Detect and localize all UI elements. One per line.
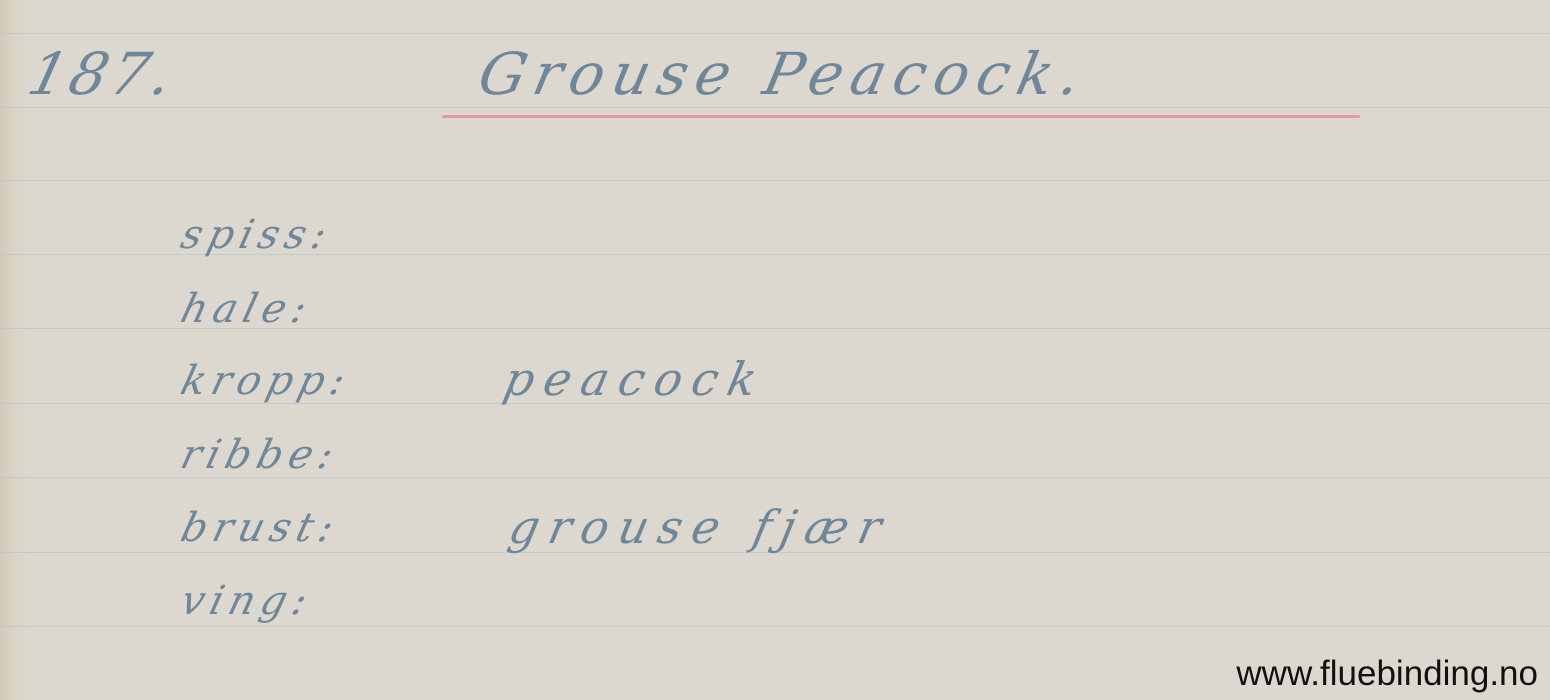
entry-number: 187. [22, 40, 184, 108]
field-value-kropp: peacock [499, 352, 772, 406]
field-label-kropp: kropp: [176, 358, 356, 404]
ruled-line [0, 180, 1550, 181]
notebook-page: 187. Grouse Peacock. spiss: hale: kropp:… [0, 0, 1550, 700]
ruled-line [0, 626, 1550, 627]
field-label-ribbe: ribbe: [176, 432, 344, 478]
field-value-brust: grouse fjær [504, 500, 896, 554]
watermark: www.fluebinding.no [1236, 654, 1538, 694]
ruled-line [0, 33, 1550, 34]
field-label-hale: hale: [176, 286, 317, 332]
field-label-brust: brust: [176, 505, 344, 551]
title-underline [442, 115, 1360, 118]
field-label-spiss: spiss: [176, 212, 337, 258]
entry-title: Grouse Peacock. [473, 40, 1095, 108]
field-label-ving: ving: [176, 578, 318, 624]
